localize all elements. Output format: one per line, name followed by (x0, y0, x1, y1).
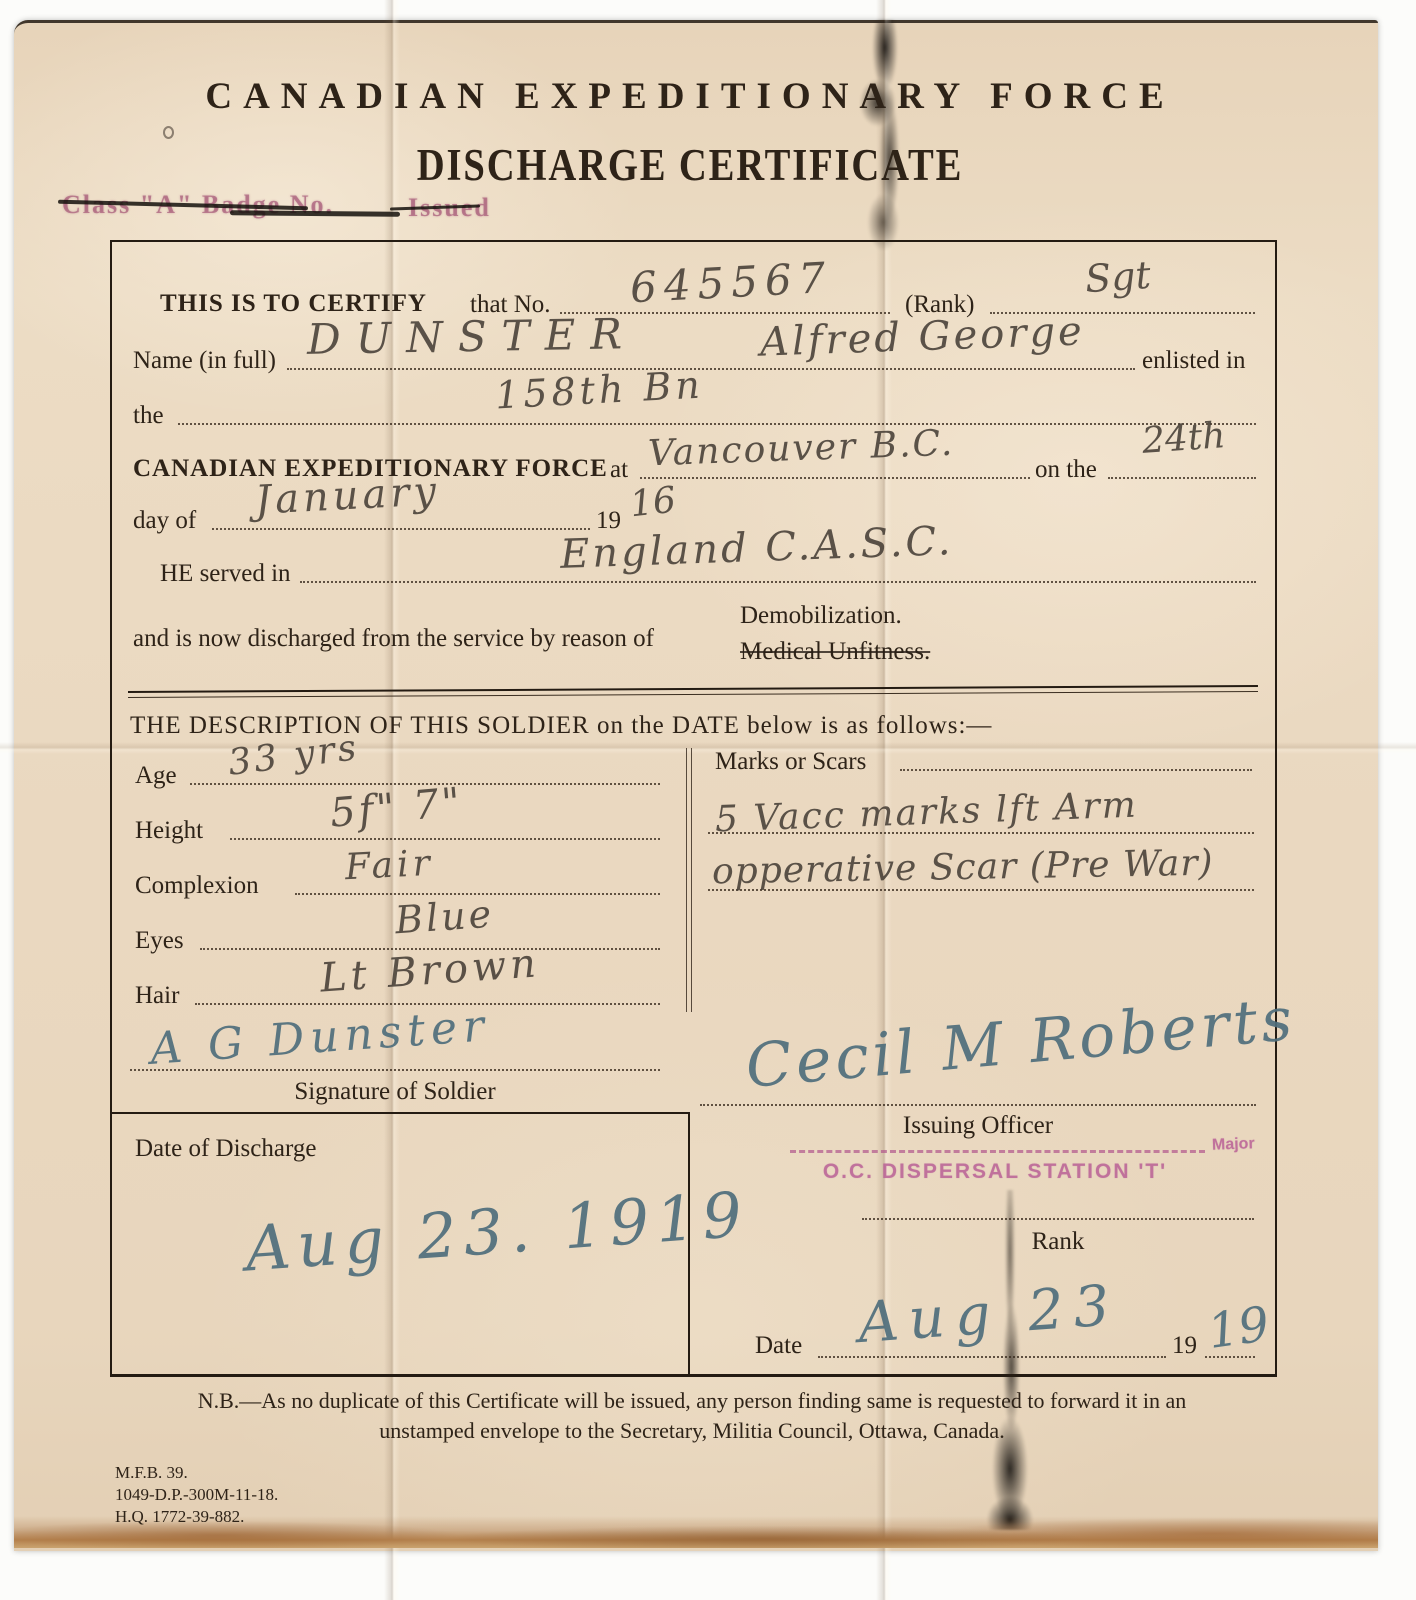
scanned-certificate: CANADIAN EXPEDITIONARY FORCE DISCHARGE C… (0, 0, 1416, 1600)
day-handwritten: 24th (1141, 415, 1227, 462)
field-label-complexion: Complexion (135, 872, 259, 900)
form-number-1: M.F.B. 39. (115, 1462, 188, 1484)
paper-speck (163, 126, 174, 139)
date-label: Date (755, 1332, 802, 1360)
year-handwritten: 16 (628, 480, 678, 526)
at-label: at (610, 456, 628, 484)
description-heading: THE DESCRIPTION OF THIS SOLDIER on the D… (130, 712, 992, 740)
document-title: CANADIAN EXPEDITIONARY FORCE (205, 75, 1174, 118)
reason-demobilization: Demobilization. (740, 602, 902, 630)
field-value-eyes: Blue (394, 892, 496, 943)
document-subtitle: DISCHARGE CERTIFICATE (417, 140, 963, 192)
column-divider (686, 748, 692, 1012)
form-number-2: 1049-D.P.-300M-11-18. (115, 1484, 278, 1506)
nb-note-line1: N.B.—As no duplicate of this Certificate… (198, 1388, 1187, 1414)
soldier-signature-caption: Signature of Soldier (294, 1078, 495, 1106)
rank-handwritten: Sgt (1084, 253, 1153, 301)
rank-caption: Rank (1032, 1228, 1085, 1256)
on-the-label: on the (1035, 456, 1097, 484)
enlisted-in-label: enlisted in (1142, 347, 1245, 375)
field-label-height: Height (135, 817, 203, 845)
name-label: Name (in full) (133, 347, 276, 375)
date-year-printed: 19 (1172, 1332, 1197, 1360)
stamp-dispersal-station: O.C. DISPERSAL STATION 'T' (823, 1160, 1167, 1184)
reason-medical-unfitness-struck: Medical Unfitness. (740, 638, 930, 666)
ink-stain-top (840, 20, 930, 250)
field-label-hair: Hair (135, 982, 179, 1010)
discharge-lead-label: and is now discharged from the service b… (133, 625, 654, 653)
field-value-complexion: Fair (344, 843, 435, 889)
issuing-officer-caption: Issuing Officer (903, 1112, 1053, 1140)
date-of-discharge-label: Date of Discharge (135, 1135, 316, 1163)
form-number-3: H.Q. 1772-39-882. (115, 1506, 244, 1528)
stamp-dashed-line (790, 1150, 1205, 1153)
served-lead-label: HE served in (160, 560, 291, 588)
month-handwritten: January (254, 468, 441, 524)
stamp-major: Major (1212, 1135, 1255, 1154)
day-of-label: day of (133, 507, 196, 535)
field-label-age: Age (135, 762, 177, 790)
the-label: the (133, 402, 164, 430)
nb-note-line2: unstamped envelope to the Secretary, Mil… (379, 1418, 1004, 1444)
marks-label: Marks or Scars (715, 748, 866, 776)
field-label-eyes: Eyes (135, 927, 184, 955)
surname-handwritten: DUNSTER (307, 309, 638, 364)
marks-line2-handwritten: opperative Scar (Pre War) (712, 843, 1214, 893)
date-year-handwritten: 19 (1204, 1296, 1272, 1360)
